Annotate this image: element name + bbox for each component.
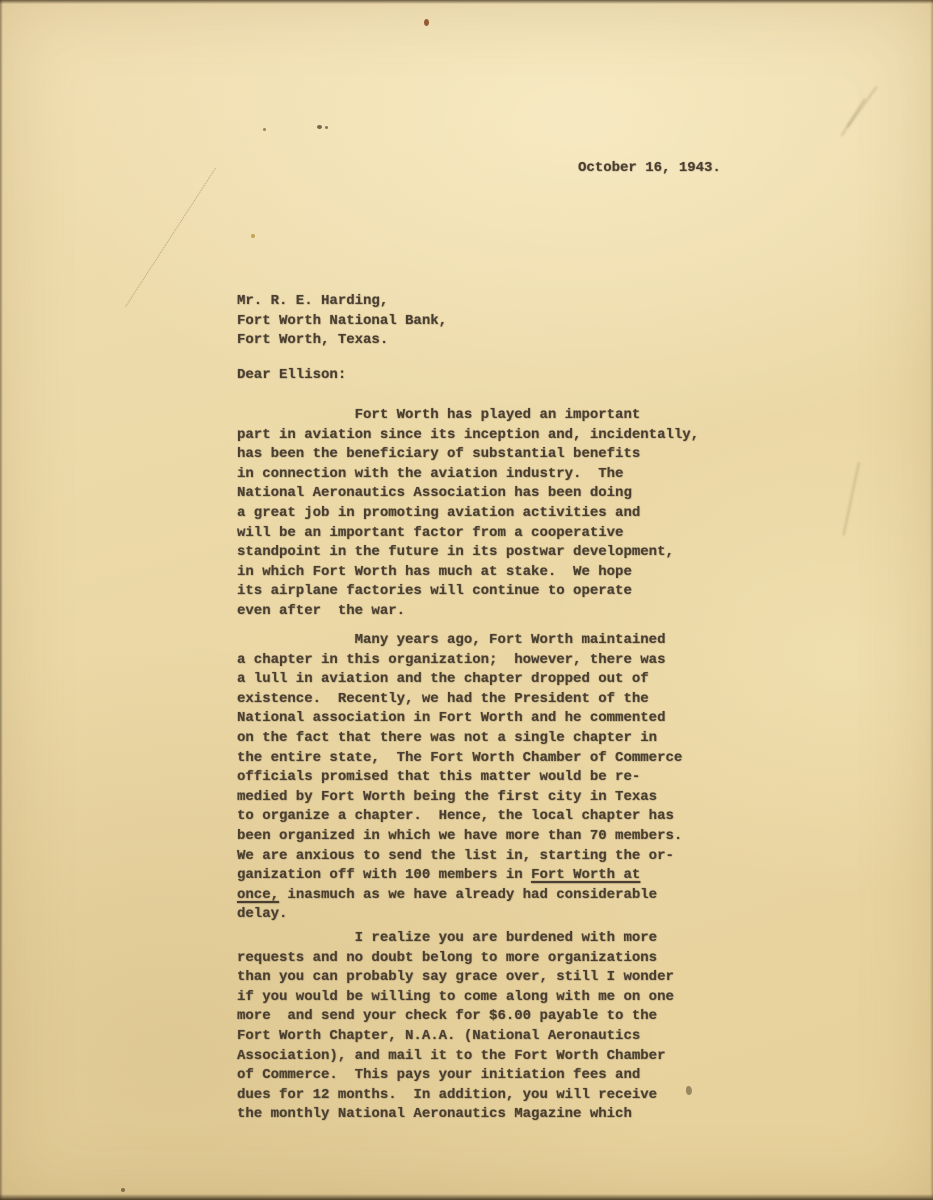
- letter-line: National Aeronautics Association has bee…: [237, 484, 699, 504]
- recipient-address: Mr. R. E. Harding,Fort Worth National Ba…: [237, 292, 447, 351]
- letter-line: National association in Fort Worth and h…: [237, 709, 682, 729]
- letter-line: Mr. R. E. Harding,: [237, 292, 447, 312]
- letter-line: if you would be willing to come along wi…: [237, 988, 674, 1008]
- letter-line: requests and no doubt belong to more org…: [237, 949, 674, 969]
- paper-speck: [263, 128, 266, 131]
- letter-line: dues for 12 months. In addition, you wil…: [237, 1086, 674, 1106]
- paper-speck: [325, 126, 328, 129]
- letter-line: has been the beneficiary of substantial …: [237, 445, 699, 465]
- crease-mark: [841, 98, 866, 136]
- letter-line: officials promised that this matter woul…: [237, 768, 682, 788]
- letter-line: I realize you are burdened with more: [237, 929, 674, 949]
- paragraph-1: Fort Worth has played an importantpart i…: [237, 406, 699, 622]
- letter-line: than you can probably say grace over, st…: [237, 968, 674, 988]
- letter-line: part in aviation since its inception and…: [237, 426, 699, 446]
- paper-speck: [121, 1188, 125, 1192]
- letter-line: delay.: [237, 905, 682, 925]
- letter-line: existence. Recently, we had the Presiden…: [237, 690, 682, 710]
- crease-mark: [842, 462, 860, 536]
- letter-line: medied by Fort Worth being the first cit…: [237, 788, 682, 808]
- crease-mark: [125, 168, 216, 307]
- letter-line: the entire state, The Fort Worth Chamber…: [237, 749, 682, 769]
- letter-line: its airplane factories will continue to …: [237, 582, 699, 602]
- letter-date: October 16, 1943.: [578, 159, 721, 179]
- letter-line: been organized in which we have more tha…: [237, 827, 682, 847]
- letter-line: We are anxious to send the list in, star…: [237, 847, 682, 867]
- underlined-text: Fort Worth at: [531, 867, 640, 883]
- letter-line: on the fact that there was not a single …: [237, 729, 682, 749]
- letter-line: Fort Worth Chapter, N.A.A. (National Aer…: [237, 1027, 674, 1047]
- letter-page: October 16, 1943. Mr. R. E. Harding,Fort…: [0, 0, 933, 1200]
- letter-line: the monthly National Aeronautics Magazin…: [237, 1105, 674, 1125]
- letter-line: Fort Worth, Texas.: [237, 331, 447, 351]
- ink-speck: [424, 19, 429, 26]
- letter-line: Many years ago, Fort Worth maintained: [237, 631, 682, 651]
- letter-line: once, inasmuch as we have already had co…: [237, 886, 682, 906]
- paper-speck: [686, 1086, 692, 1095]
- paper-speck: [317, 125, 322, 129]
- paragraph-2: Many years ago, Fort Worth maintaineda c…: [237, 631, 682, 925]
- letter-line: to organize a chapter. Hence, the local …: [237, 807, 682, 827]
- underlined-text: once,: [237, 887, 279, 903]
- letter-line: ganization off with 100 members in Fort …: [237, 866, 682, 886]
- salutation: Dear Ellison:: [237, 366, 346, 386]
- letter-line: in connection with the aviation industry…: [237, 465, 699, 485]
- letter-line: a lull in aviation and the chapter dropp…: [237, 670, 682, 690]
- letter-line: more and send your check for $6.00 payab…: [237, 1007, 674, 1027]
- paper-speck: [251, 234, 255, 238]
- letter-line: standpoint in the future in its postwar …: [237, 543, 699, 563]
- letter-line: Fort Worth has played an important: [237, 406, 699, 426]
- paragraph-3: I realize you are burdened with morerequ…: [237, 929, 674, 1125]
- letter-line: even after the war.: [237, 602, 699, 622]
- letter-line: of Commerce. This pays your initiation f…: [237, 1066, 674, 1086]
- letter-line: will be an important factor from a coope…: [237, 524, 699, 544]
- letter-line: Association), and mail it to the Fort Wo…: [237, 1047, 674, 1067]
- letter-line: a chapter in this organization; however,…: [237, 651, 682, 671]
- letter-line: a great job in promoting aviation activi…: [237, 504, 699, 524]
- letter-line: in which Fort Worth has much at stake. W…: [237, 563, 699, 583]
- letter-line: Fort Worth National Bank,: [237, 312, 447, 332]
